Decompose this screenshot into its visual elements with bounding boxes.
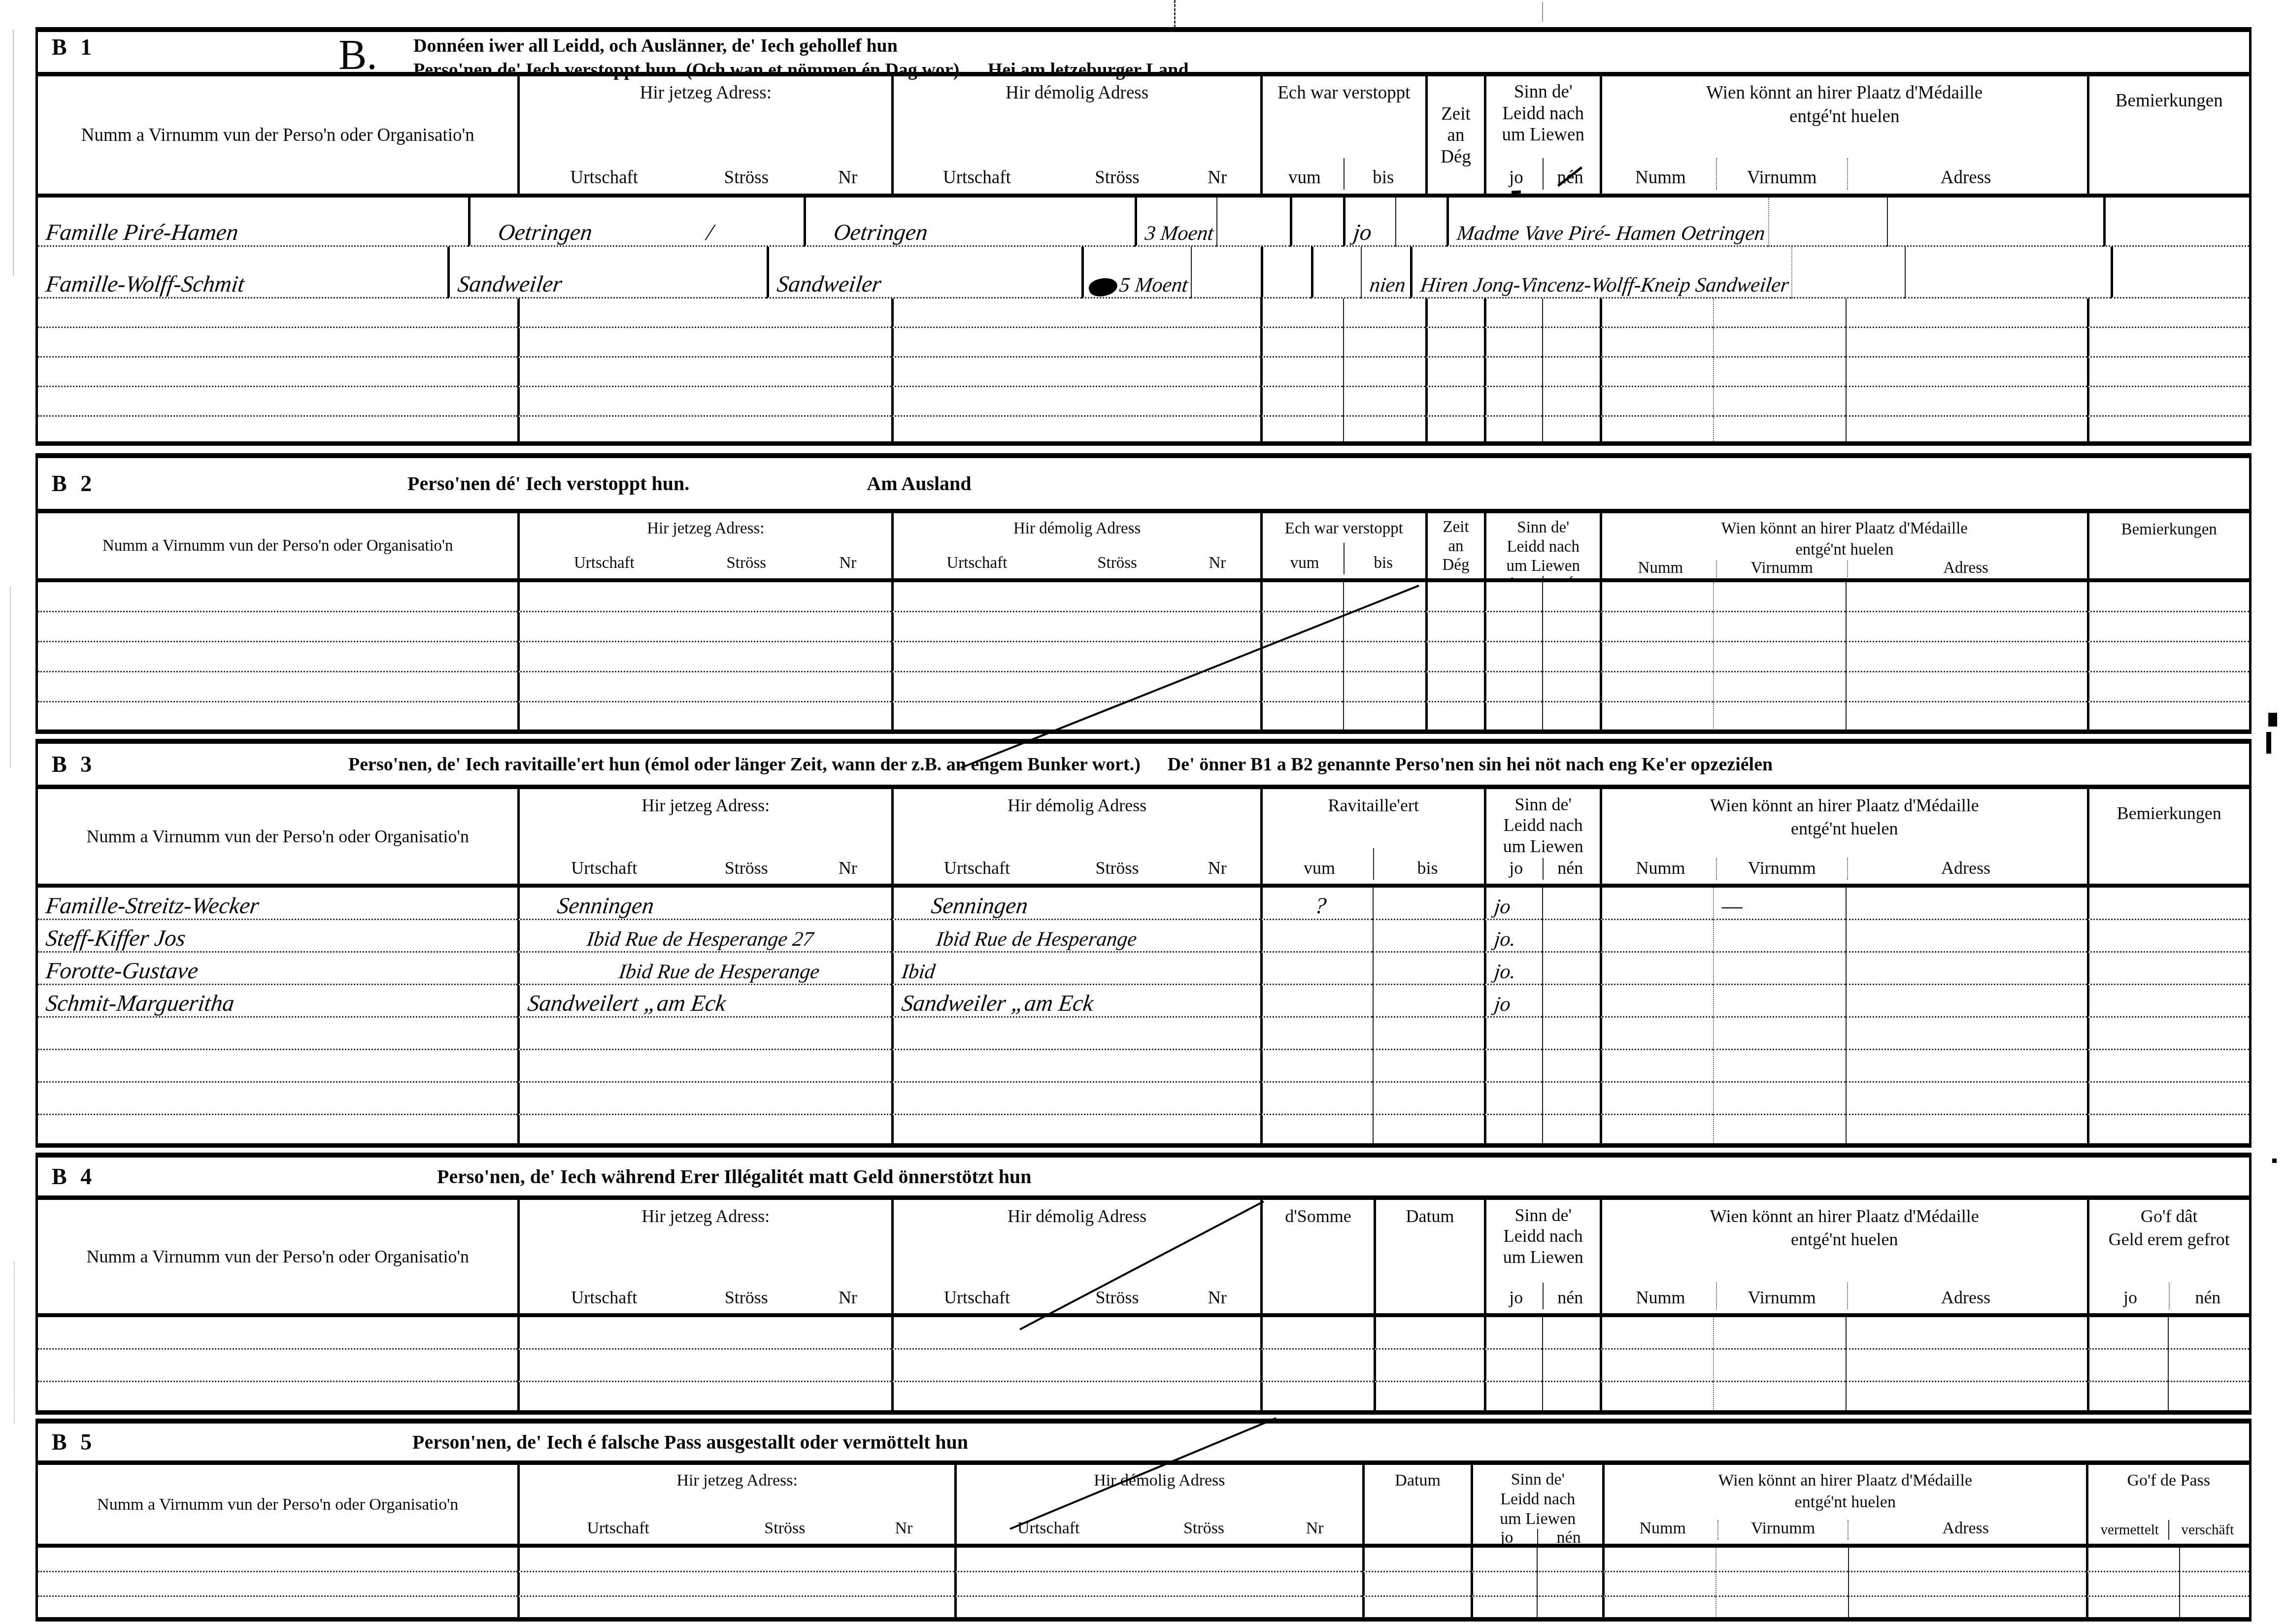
cell [891, 417, 1260, 441]
cell [1425, 612, 1484, 642]
cell [1600, 1018, 1713, 1050]
cell [1362, 1572, 1471, 1597]
demolig-subheaders: Urtschaft Ströss Nr [897, 167, 1257, 190]
cell [38, 642, 517, 672]
section-b1-rows: Famille Piré-Hamen Oetringen/ Oetringen … [38, 198, 2249, 441]
section-id: B 4 [38, 1163, 343, 1190]
cell [1846, 328, 2086, 358]
cell [517, 672, 891, 702]
cell-nen [1395, 198, 1447, 247]
cell [38, 1018, 517, 1050]
cell [891, 1317, 1260, 1350]
cell-vum: ? [1260, 888, 1373, 920]
table-row-empty [38, 328, 2249, 358]
handwritten-entry: Sandweiler [768, 273, 885, 297]
handwritten-entry: Oetringen [489, 222, 596, 245]
col-header-name: Numm a Virnumm vun der Perso'n oder Orga… [38, 1200, 517, 1313]
handwritten-entry: Sandweiler „am Eck [892, 993, 1098, 1016]
cell [517, 1597, 954, 1617]
cell [891, 1050, 1260, 1083]
cell-name: Famille Piré-Hamen [38, 198, 468, 247]
table-row: Forotte-Gustave Ibid Rue de Hesperange I… [38, 953, 2249, 985]
handwritten-entry: Madme Vave Piré- Hamen Oetringen [1448, 224, 1769, 245]
cell [1600, 417, 1713, 441]
cell [1374, 1317, 1484, 1350]
cell [2087, 387, 2249, 417]
table-row-empty [38, 298, 2249, 328]
cell [1713, 298, 1846, 328]
section-id: B 3 [38, 751, 343, 777]
cell [2087, 612, 2249, 642]
section-b5-rows [38, 1548, 2249, 1617]
cell-bis [1373, 920, 1484, 953]
cell [1713, 1350, 1846, 1382]
cell-nen [1542, 985, 1600, 1018]
big-letter-b: B. [338, 30, 377, 79]
cell-vum: 3 Moent [1135, 198, 1216, 247]
cell [1713, 642, 1846, 672]
cell-demolig: Senningen [891, 888, 1260, 920]
handwritten-entry: jo [1485, 897, 1515, 919]
section-b3: B 3 Perso'nen, de' Iech ravitaille'ert h… [35, 739, 2252, 1148]
cell [1713, 358, 1846, 387]
col-header-sinn: Sinn de' Leidd nach um Liewen jo nén [1484, 1200, 1600, 1313]
wien-subheaders: Numm Virnumm Adress [1605, 158, 2084, 190]
cell [1600, 387, 1713, 417]
cell [1484, 1050, 1542, 1083]
cell [1542, 1018, 1600, 1050]
cell [1600, 642, 1713, 672]
table-row-empty [38, 417, 2249, 441]
cell-vum [1260, 953, 1373, 985]
section-b2: B 2 Perso'nen dé' Iech verstoppt hun. Am… [35, 453, 2252, 734]
cell [38, 672, 517, 702]
cell [517, 582, 891, 612]
col-header-demolig-adress: Hir démolig Adress Urtschaft Ströss Nr [954, 1465, 1362, 1544]
cell [1362, 1548, 1471, 1572]
col-header-wien: Wien könnt an hirer Plaatz d'Médaille en… [1600, 789, 2086, 884]
cell-bis [1216, 198, 1290, 247]
cell [517, 387, 891, 417]
cell [1484, 672, 1542, 702]
cell [891, 387, 1260, 417]
cell [891, 582, 1260, 612]
cell [1846, 582, 2086, 612]
cell [1471, 1548, 1537, 1572]
cell [1484, 642, 1542, 672]
cell [1542, 298, 1600, 328]
handwritten-entry: jo. [1485, 930, 1520, 951]
cell [891, 1018, 1260, 1050]
table-row-empty [38, 642, 2249, 672]
handwritten-entry: nien [1360, 276, 1410, 297]
cell [891, 672, 1260, 702]
section-id: B 5 [38, 1429, 343, 1455]
section-b2-titlebar: B 2 Perso'nen dé' Iech verstoppt hun. Am… [38, 458, 2249, 513]
cell [38, 702, 517, 729]
section-b4-rows [38, 1317, 2249, 1410]
cell [517, 1572, 954, 1597]
cell [1713, 702, 1846, 729]
table-row: Famille-Streitz-Wecker Senningen Senning… [38, 888, 2249, 920]
cell [1260, 387, 1343, 417]
cell [954, 1572, 1362, 1597]
cell [1260, 358, 1343, 387]
cell [1542, 1350, 1600, 1382]
cell-demolig: Ibid [891, 953, 1260, 985]
cell [1600, 1350, 1713, 1382]
cell [1600, 672, 1713, 702]
cell [1343, 702, 1425, 729]
col-header-wien: Wien könnt an hirer Plaatz d'Médaille en… [1600, 1200, 2086, 1313]
cell [2179, 1572, 2249, 1597]
cell-jo: jo [1343, 198, 1395, 247]
cell [2087, 358, 2249, 387]
section-b5-header: Numm a Virnumm vun der Perso'n oder Orga… [38, 1465, 2249, 1548]
handwritten-entry: Steff-Kiffer Jos [38, 928, 190, 951]
col-header-wien: Wien könnt an hirer Plaatz d'Médaille en… [1600, 76, 2086, 194]
col-header-datum: Datum [1374, 1200, 1484, 1313]
cell [1373, 1083, 1484, 1115]
cell [1343, 642, 1425, 672]
section-title: Perso'nen dé' Iech verstoppt hun. [407, 472, 689, 495]
cell [1713, 1050, 1846, 1083]
handwritten-entry: 5 Moent [1118, 276, 1192, 297]
cell [1343, 298, 1425, 328]
cell-name: Schmit-Margueritha [38, 985, 517, 1018]
section-id: B 1 [38, 34, 343, 60]
cell-wien-numm: Hiren Jong-Vincenz-Wolff-Kneip Sandweile… [1410, 247, 1791, 298]
handwritten-entry: Ibid [893, 962, 940, 984]
cell-wien-adress [1846, 920, 2086, 953]
table-row-empty [38, 1115, 2249, 1143]
cell-nen [1542, 953, 1600, 985]
cell [2087, 1382, 2168, 1410]
handwritten-entry: jo [1485, 995, 1515, 1016]
cell-bemierkungen [2087, 920, 2250, 953]
cell [1484, 417, 1542, 441]
cell [517, 328, 891, 358]
table-row-empty [38, 1083, 2249, 1115]
ink-mark: / [697, 222, 717, 245]
cell-zeit [1290, 198, 1343, 247]
cell-nen [1542, 920, 1600, 953]
handwritten-entry: Ibid Rue de Hesperange 27 [578, 930, 818, 951]
cell [2087, 417, 2249, 441]
cell [1362, 1597, 1471, 1617]
handwritten-entry: ? [1305, 895, 1330, 919]
section-b3-titlebar: B 3 Perso'nen, de' Iech ravitaille'ert h… [38, 744, 2249, 789]
cell [891, 358, 1260, 387]
cell [1537, 1548, 1602, 1572]
cell [1260, 1083, 1373, 1115]
section-b1-titlebar: B 1 B. Donnéen iwer all Leidd, och Auslä… [38, 32, 2249, 76]
cell [1713, 417, 1846, 441]
cell [1602, 1548, 1715, 1572]
cell-name: Steff-Kiffer Jos [38, 920, 517, 953]
col-header-zeit: Zeit an Dég [1425, 76, 1484, 194]
cell [1343, 387, 1425, 417]
handwritten-entry: Oetringen [824, 222, 932, 245]
cell [517, 1548, 954, 1572]
cell [1260, 672, 1343, 702]
handwritten-entry: Sandweilert „am Eck [519, 993, 731, 1016]
cell [38, 328, 517, 358]
cell [1260, 612, 1343, 642]
cell [1600, 582, 1713, 612]
table-row-empty [38, 1317, 2249, 1350]
cell [38, 1572, 517, 1597]
cell [1260, 642, 1343, 672]
col-header-jetzeg-adress: Hir jetzeg Adress: Urtschaft Ströss Nr [517, 1200, 891, 1313]
cell [1425, 417, 1484, 441]
section-title: Person'nen, de' Iech é falsche Pass ausg… [412, 1430, 968, 1454]
handwritten-entry: Schmit-Margueritha [38, 993, 238, 1016]
cell-vum: 5 Moent [1081, 247, 1191, 298]
cell [1713, 582, 1846, 612]
left-margin-line [13, 30, 14, 276]
section-b1-header: Numm a Virnumm vun der Perso'n oder Orga… [38, 76, 2249, 198]
cell [1260, 298, 1343, 328]
cell [1600, 358, 1713, 387]
cell [517, 1083, 891, 1115]
cell [1846, 612, 2086, 642]
col-header-bemierkungen: Bemierkungen [2087, 513, 2249, 578]
col-header-sinn: Sinn de' Leidd nach um Liewen jo nén [1484, 76, 1600, 194]
ink-scribble [1087, 275, 1119, 299]
cell-name: Famille-Wolff-Schmit [38, 247, 447, 298]
section-b3-rows: Famille-Streitz-Wecker Senningen Senning… [38, 888, 2249, 1143]
cell [1715, 1548, 1849, 1572]
table-row-empty [38, 672, 2249, 702]
handwritten-entry: Hiren Jong-Vincenz-Wolff-Kneip Sandweile… [1411, 276, 1793, 297]
cell-wien-virnumm [1768, 198, 1887, 247]
cell [1260, 1018, 1373, 1050]
handwritten-entry: — [1713, 895, 1747, 919]
cell-demolig: Oetringen [804, 198, 1135, 247]
cell [891, 298, 1260, 328]
cell [1846, 1083, 2086, 1115]
cell [1848, 1572, 2085, 1597]
cell [891, 1083, 1260, 1115]
cell [1542, 1050, 1600, 1083]
cell [2087, 298, 2249, 328]
cell [2087, 1115, 2250, 1143]
sinn-subheaders: jo nén [1489, 158, 1597, 190]
cell-demolig: Ibid Rue de Hesperange [891, 920, 1260, 953]
col-header-demolig-adress: Hir démolig Adress Urtschaft Ströss Nr [891, 513, 1260, 578]
cell-vum [1260, 920, 1373, 953]
cell-wien-numm [1600, 985, 1713, 1018]
col-header-somme: d'Somme [1260, 1200, 1374, 1313]
cell-wien-virnumm [1713, 920, 1846, 953]
handwritten-entry: Forotte-Gustave [38, 960, 202, 984]
cell [2087, 1317, 2168, 1350]
cell-wien-numm [1600, 920, 1713, 953]
cell-bemierkungen [2103, 198, 2249, 247]
col-header-datum: Datum [1362, 1465, 1471, 1544]
table-row-empty [38, 358, 2249, 387]
cell [1848, 1597, 2085, 1617]
cell [1484, 1317, 1542, 1350]
table-row-empty [38, 1050, 2249, 1083]
cell [517, 1115, 891, 1143]
col-header-wien: Wien könnt an hirer Plaatz d'Médaille en… [1600, 513, 2086, 578]
cell [1846, 642, 2086, 672]
cell [1846, 387, 2086, 417]
cell [1471, 1597, 1537, 1617]
col-header-name: Numm a Virnumm vun der Perso'n oder Orga… [38, 789, 517, 884]
section-b4-titlebar: B 4 Perso'nen, de' Iech während Erer Ill… [38, 1158, 2249, 1200]
cell [1542, 328, 1600, 358]
cell [1542, 1115, 1600, 1143]
scanned-form-page: B 1 B. Donnéen iwer all Leidd, och Auslä… [0, 0, 2286, 1624]
cell [1260, 1382, 1374, 1410]
cell [1374, 1350, 1484, 1382]
cell [1542, 612, 1600, 642]
cell [1713, 612, 1846, 642]
cell-bis [1373, 953, 1484, 985]
cell [1484, 582, 1542, 612]
cell [1600, 1382, 1713, 1410]
table-row-empty [38, 1548, 2249, 1572]
cell [38, 387, 517, 417]
cell [2087, 1350, 2168, 1382]
cell [517, 642, 891, 672]
cell [2087, 582, 2249, 612]
cell [1542, 672, 1600, 702]
cell [2086, 1548, 2180, 1572]
cell [1484, 702, 1542, 729]
cell [1425, 387, 1484, 417]
cell [1542, 417, 1600, 441]
cell-jetzeg: Sandweilert „am Eck [517, 985, 891, 1018]
col-header-demolig-adress: Hir démolig Adress Urtschaft Ströss Nr [891, 1200, 1260, 1313]
cell [1260, 702, 1343, 729]
cell [1846, 298, 2086, 328]
cell [1373, 1018, 1484, 1050]
cell [2087, 328, 2249, 358]
cell [891, 702, 1260, 729]
table-row: Schmit-Margueritha Sandweilert „am Eck S… [38, 985, 2249, 1018]
cell [517, 1350, 891, 1382]
cell-vum [1260, 985, 1373, 1018]
col-header-jetzeg-adress: Hir jetzeg Adress: Urtschaft Ströss Nr [517, 76, 891, 194]
col-header-verstoppt: Ech war verstoppt vum bis [1260, 76, 1425, 194]
cell-wien-adress [1887, 198, 2103, 247]
cell-bemierkungen [2111, 247, 2249, 298]
section-title-2: De' önner B1 a B2 genannte Perso'nen sin… [1168, 754, 1773, 775]
cell [1343, 358, 1425, 387]
cell [1484, 1382, 1542, 1410]
cell [1343, 672, 1425, 702]
col-header-name: Numm a Virnumm vun der Perso'n oder Orga… [38, 1465, 517, 1544]
cell [1846, 672, 2086, 702]
cell [1260, 328, 1343, 358]
scan-edge-artifact [2272, 1159, 2277, 1163]
cell [1484, 1115, 1542, 1143]
cell-wien-virnumm [1791, 247, 1905, 298]
cell [517, 612, 891, 642]
cell [38, 1115, 517, 1143]
cell [517, 417, 891, 441]
handwritten-entry: Famille Piré-Hamen [38, 222, 242, 245]
handwritten-entry: jo [1344, 222, 1376, 245]
cell [517, 358, 891, 387]
cell [1542, 387, 1600, 417]
cell [1374, 1382, 1484, 1410]
cell-jo: jo. [1484, 953, 1542, 985]
cell [517, 1050, 891, 1083]
table-row-empty [38, 1350, 2249, 1382]
table-row-empty [38, 1382, 2249, 1410]
cell [38, 358, 517, 387]
cell-jetzeg: Sandweiler [447, 247, 767, 298]
cell-wien-adress [1905, 247, 2111, 298]
handwritten-entry: Famille-Streitz-Wecker [38, 895, 263, 919]
cell [1846, 1350, 2086, 1382]
cell [2179, 1548, 2249, 1572]
col-header-gof-geld: Go'f dât Geld erem gefrot jo nén [2087, 1200, 2250, 1313]
form-title: Donnéen iwer all Leidd, och Auslänner, d… [413, 34, 1189, 83]
handwritten-entry: Senningen [922, 895, 1032, 919]
table-row: Famille-Wolff-Schmit Sandweiler Sandweil… [38, 247, 2249, 298]
nen-label-crossed: nén [1557, 167, 1583, 189]
cell [1600, 298, 1713, 328]
cell-bemierkungen [2087, 888, 2250, 920]
cell [38, 1083, 517, 1115]
fold-crease-mark [1542, 2, 1543, 22]
cell [1846, 1317, 2086, 1350]
cell [1484, 328, 1542, 358]
cell [1600, 702, 1713, 729]
cell [1542, 702, 1600, 729]
section-b4: B 4 Perso'nen, de' Iech während Erer Ill… [35, 1153, 2252, 1415]
cell [1846, 417, 2086, 441]
cell [517, 702, 891, 729]
table-row-empty [38, 702, 2249, 729]
cell [891, 1350, 1260, 1382]
cell [1373, 1050, 1484, 1083]
cell [954, 1597, 1362, 1617]
cell [1542, 1317, 1600, 1350]
cell-nen: nien [1361, 247, 1410, 298]
cell [1846, 702, 2086, 729]
cell [1600, 1317, 1713, 1350]
cell [2087, 1083, 2250, 1115]
table-row-empty [38, 1572, 2249, 1597]
cell [1343, 417, 1425, 441]
form-title-line1: Donnéen iwer all Leidd, och Auslänner, d… [413, 34, 1189, 58]
cell [2168, 1350, 2249, 1382]
col-header-name: Numm a Virnumm vun der Perso'n oder Orga… [38, 513, 517, 578]
cell [891, 612, 1260, 642]
cell [891, 642, 1260, 672]
left-margin-line [10, 586, 11, 768]
col-header-sinn: Sinn de' Leidd nach um Liewen jo nén [1484, 513, 1600, 578]
cell-jetzeg: Oetringen/ [468, 198, 804, 247]
cell [1260, 1050, 1373, 1083]
col-header-bemierkungen: Bemierkungen [2087, 789, 2250, 884]
cell [38, 298, 517, 328]
cell [1542, 1382, 1600, 1410]
cell [1484, 387, 1542, 417]
table-row-empty [38, 387, 2249, 417]
cell-wien-adress [1846, 953, 2086, 985]
table-row: Famille Piré-Hamen Oetringen/ Oetringen … [38, 198, 2249, 247]
cell [1713, 328, 1846, 358]
cell-nen [1542, 888, 1600, 920]
